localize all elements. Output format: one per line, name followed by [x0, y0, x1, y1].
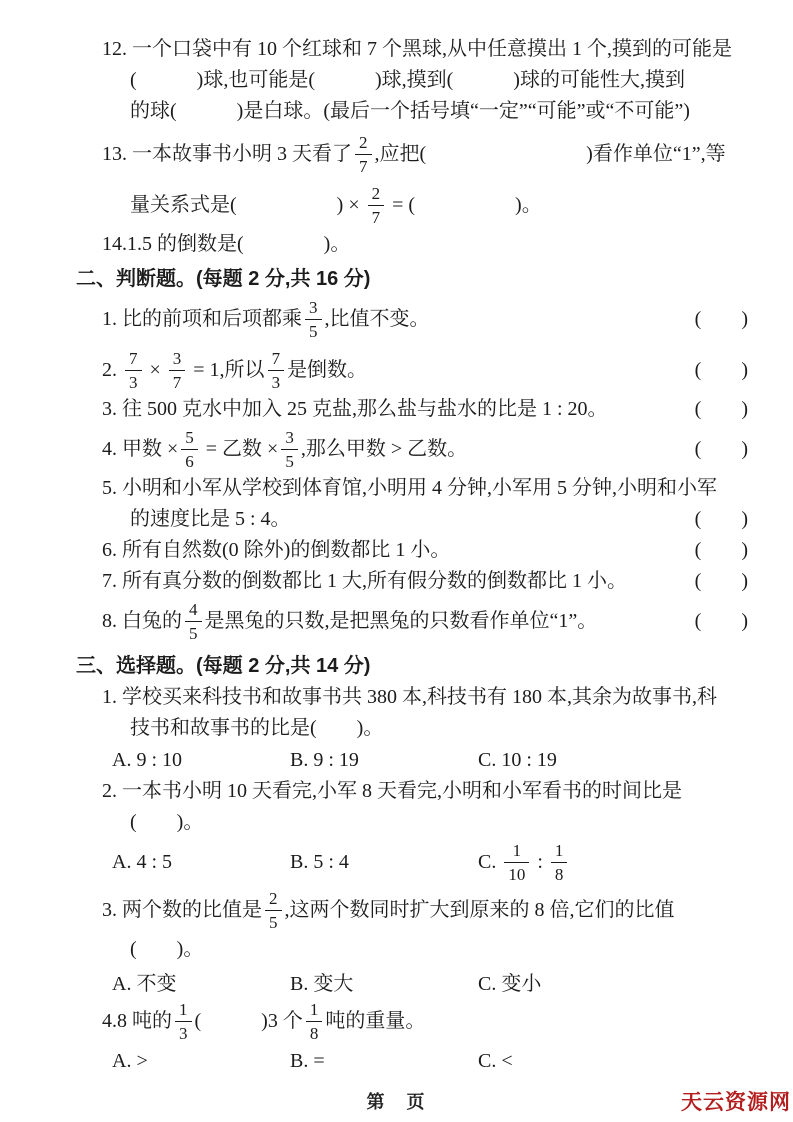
text-run: × — [145, 358, 166, 383]
text-run: 二、判断题。(每题 2 分,共 16 分) — [76, 267, 370, 292]
text-run: 13. 一本故事书小明 3 天看了 — [102, 142, 352, 167]
judge-4: 4. 甲数 ×56 = 乙数 ×35,那么甲数 > 乙数。( ) — [0, 425, 793, 473]
judge-1: 1. 比的前项和后项都乘35,比值不变。( ) — [0, 295, 793, 343]
fraction: 110 — [504, 841, 529, 884]
text-run: 量关系式是( ) × — [130, 193, 365, 218]
text-run: 吨的重量。 — [325, 1009, 425, 1034]
fraction: 25 — [265, 889, 282, 932]
text-run: A. 不变 — [112, 967, 176, 996]
text-run: 5. 小明和小军从学校到体育馆,小明用 4 分钟,小军用 5 分钟,小明和小军 — [102, 476, 717, 501]
text-run: A. > — [112, 1050, 148, 1073]
judge-3: 3. 往 500 克水中加入 25 克盐,那么盐与盐水的比是 1 : 20。( … — [0, 394, 793, 425]
text-run: ( )3 个 — [195, 1009, 303, 1034]
text-run: ,那么甲数 > 乙数。 — [301, 437, 467, 462]
answer-brackets: ( ) — [695, 397, 748, 422]
section-2-header: 二、判断题。(每题 2 分,共 16 分) — [0, 264, 793, 295]
text-run: 1. 学校买来科技书和故事书共 380 本,科技书有 180 本,其余为故事书,… — [102, 685, 717, 710]
fraction: 13 — [175, 1000, 192, 1043]
choice-2-line-1: 2. 一本书小明 10 天看完,小军 8 天看完,小明和小军看书的时间比是 — [0, 776, 793, 807]
question-13-line-2: 量关系式是( ) × 27 = ( )。 — [0, 181, 793, 229]
page-footer: 第 页 — [0, 1088, 793, 1114]
choice-2-options: A. 4 : 5B. 5 : 4C. 110 : 18 — [0, 838, 793, 886]
text-run: 7. 所有真分数的倒数都比 1 大,所有假分数的倒数都比 1 小。 — [102, 569, 627, 594]
fraction: 73 — [125, 349, 142, 392]
text-run: 3. 两个数的比值是 — [102, 898, 262, 923]
answer-brackets: ( ) — [695, 569, 748, 594]
choice-4-line-1: 4.8 吨的13( )3 个18吨的重量。 — [0, 997, 793, 1045]
text-run: C. 10 : 19 — [478, 749, 557, 772]
text-run: B. 变大 — [290, 967, 353, 996]
judge-5-line-1: 5. 小明和小军从学校到体育馆,小明用 4 分钟,小军用 5 分钟,小明和小军 — [0, 473, 793, 504]
fraction: 45 — [185, 600, 202, 643]
fraction: 27 — [368, 184, 385, 227]
answer-brackets: ( ) — [695, 507, 748, 532]
text-run: ,比值不变。 — [325, 307, 430, 332]
text-run: 的球( )是白球。(最后一个括号填“一定”“可能”或“不可能”) — [130, 99, 690, 124]
text-run: ,这两个数同时扩大到原来的 8 倍,它们的比值 — [285, 898, 675, 923]
choice-3-options: A. 不变B. 变大C. 变小 — [0, 965, 793, 997]
text-run: ( )。 — [130, 937, 203, 962]
option: C. 变小 — [478, 967, 753, 996]
fraction: 37 — [169, 349, 186, 392]
fraction: 27 — [355, 133, 372, 176]
judge-8: 8. 白兔的45是黑兔的只数,是把黑兔的只数看作单位“1”。( ) — [0, 597, 793, 645]
question-12-line-1: 12. 一个口袋中有 10 个红球和 7 个黑球,从中任意摸出 1 个,摸到的可… — [0, 34, 793, 65]
text-run: 2. — [102, 358, 122, 383]
choice-4-options: A. >B. =C. < — [0, 1045, 793, 1077]
text-run: 12. 一个口袋中有 10 个红球和 7 个黑球,从中任意摸出 1 个,摸到的可… — [102, 37, 732, 62]
question-14: 14.1.5 的倒数是( )。 — [0, 229, 793, 260]
text-run: ( )球,也可能是( )球,摸到( )球的可能性大,摸到 — [130, 68, 685, 93]
text-run: 8. 白兔的 — [102, 609, 182, 634]
text-run: 14.1.5 的倒数是( )。 — [102, 232, 350, 257]
watermark: 天云资源网 — [681, 1086, 791, 1116]
answer-brackets: ( ) — [695, 358, 748, 383]
option: B. 变大 — [290, 967, 478, 996]
text-run: A. 4 : 5 — [112, 851, 172, 874]
text-run: 的速度比是 5 : 4。 — [130, 507, 291, 532]
text-run: : — [532, 851, 548, 874]
choice-1-line-1: 1. 学校买来科技书和故事书共 380 本,科技书有 180 本,其余为故事书,… — [0, 682, 793, 713]
fraction: 18 — [551, 841, 568, 884]
text-run: 是倒数。 — [287, 358, 367, 383]
text-run: = ( )。 — [387, 193, 542, 218]
text-run: C. 变小 — [478, 967, 541, 996]
text-run: 4.8 吨的 — [102, 1009, 172, 1034]
choice-1-options: A. 9 : 10B. 9 : 19C. 10 : 19 — [0, 744, 793, 776]
text-run: B. = — [290, 1050, 325, 1073]
fraction: 56 — [181, 428, 198, 471]
answer-brackets: ( ) — [695, 609, 748, 634]
option: C. < — [478, 1050, 753, 1073]
text-run: 4. 甲数 × — [102, 437, 178, 462]
option: A. 不变 — [112, 967, 290, 996]
text-run: B. 9 : 19 — [290, 749, 359, 772]
answer-brackets: ( ) — [695, 307, 748, 332]
text-run: 1. 比的前项和后项都乘 — [102, 307, 302, 332]
option: C. 110 : 18 — [478, 841, 753, 884]
text-run: = 1,所以 — [188, 358, 264, 383]
fraction: 18 — [306, 1000, 323, 1043]
text-run: 技书和故事书的比是( )。 — [130, 716, 383, 741]
choice-1-line-2: 技书和故事书的比是( )。 — [0, 713, 793, 744]
text-run: C. < — [478, 1050, 513, 1073]
question-12-line-2: ( )球,也可能是( )球,摸到( )球的可能性大,摸到 — [0, 65, 793, 96]
judge-7: 7. 所有真分数的倒数都比 1 大,所有假分数的倒数都比 1 小。( ) — [0, 566, 793, 597]
option: B. 9 : 19 — [290, 749, 478, 772]
answer-brackets: ( ) — [695, 437, 748, 462]
text-run: B. 5 : 4 — [290, 851, 349, 874]
text-run: A. 9 : 10 — [112, 749, 182, 772]
text-run: 是黑兔的只数,是把黑兔的只数看作单位“1”。 — [205, 609, 598, 634]
question-13-line-1: 13. 一本故事书小明 3 天看了27,应把( )看作单位“1”,等 — [0, 130, 793, 178]
judge-5-line-2: 的速度比是 5 : 4。( ) — [0, 504, 793, 535]
option: A. > — [112, 1050, 290, 1073]
text-run: 三、选择题。(每题 2 分,共 14 分) — [76, 654, 370, 679]
text-run: ,应把( )看作单位“1”,等 — [375, 142, 726, 167]
choice-3-line-2: ( )。 — [0, 934, 793, 965]
text-run: = 乙数 × — [201, 437, 279, 462]
text-run: 6. 所有自然数(0 除外)的倒数都比 1 小。 — [102, 538, 450, 563]
answer-brackets: ( ) — [695, 538, 748, 563]
text-run: 3. 往 500 克水中加入 25 克盐,那么盐与盐水的比是 1 : 20。 — [102, 397, 608, 422]
text-run: C. — [478, 851, 501, 874]
question-12-line-3: 的球( )是白球。(最后一个括号填“一定”“可能”或“不可能”) — [0, 96, 793, 127]
judge-2: 2. 73 × 37 = 1,所以73是倒数。( ) — [0, 346, 793, 394]
option: A. 9 : 10 — [112, 749, 290, 772]
choice-3-line-1: 3. 两个数的比值是25,这两个数同时扩大到原来的 8 倍,它们的比值 — [0, 886, 793, 934]
text-run: 2. 一本书小明 10 天看完,小军 8 天看完,小明和小军看书的时间比是 — [102, 779, 682, 804]
choice-2-line-2: ( )。 — [0, 807, 793, 838]
fraction: 35 — [305, 298, 322, 341]
judge-6: 6. 所有自然数(0 除外)的倒数都比 1 小。( ) — [0, 535, 793, 566]
option: B. 5 : 4 — [290, 851, 478, 874]
fraction: 73 — [268, 349, 285, 392]
paper-content: 12. 一个口袋中有 10 个红球和 7 个黑球,从中任意摸出 1 个,摸到的可… — [0, 0, 793, 1077]
section-3-header: 三、选择题。(每题 2 分,共 14 分) — [0, 651, 793, 682]
option: C. 10 : 19 — [478, 749, 753, 772]
option: B. = — [290, 1050, 478, 1073]
text-run: ( )。 — [130, 810, 203, 835]
option: A. 4 : 5 — [112, 851, 290, 874]
fraction: 35 — [281, 428, 298, 471]
exam-paper-page: 12. 一个口袋中有 10 个红球和 7 个黑球,从中任意摸出 1 个,摸到的可… — [0, 0, 793, 1122]
